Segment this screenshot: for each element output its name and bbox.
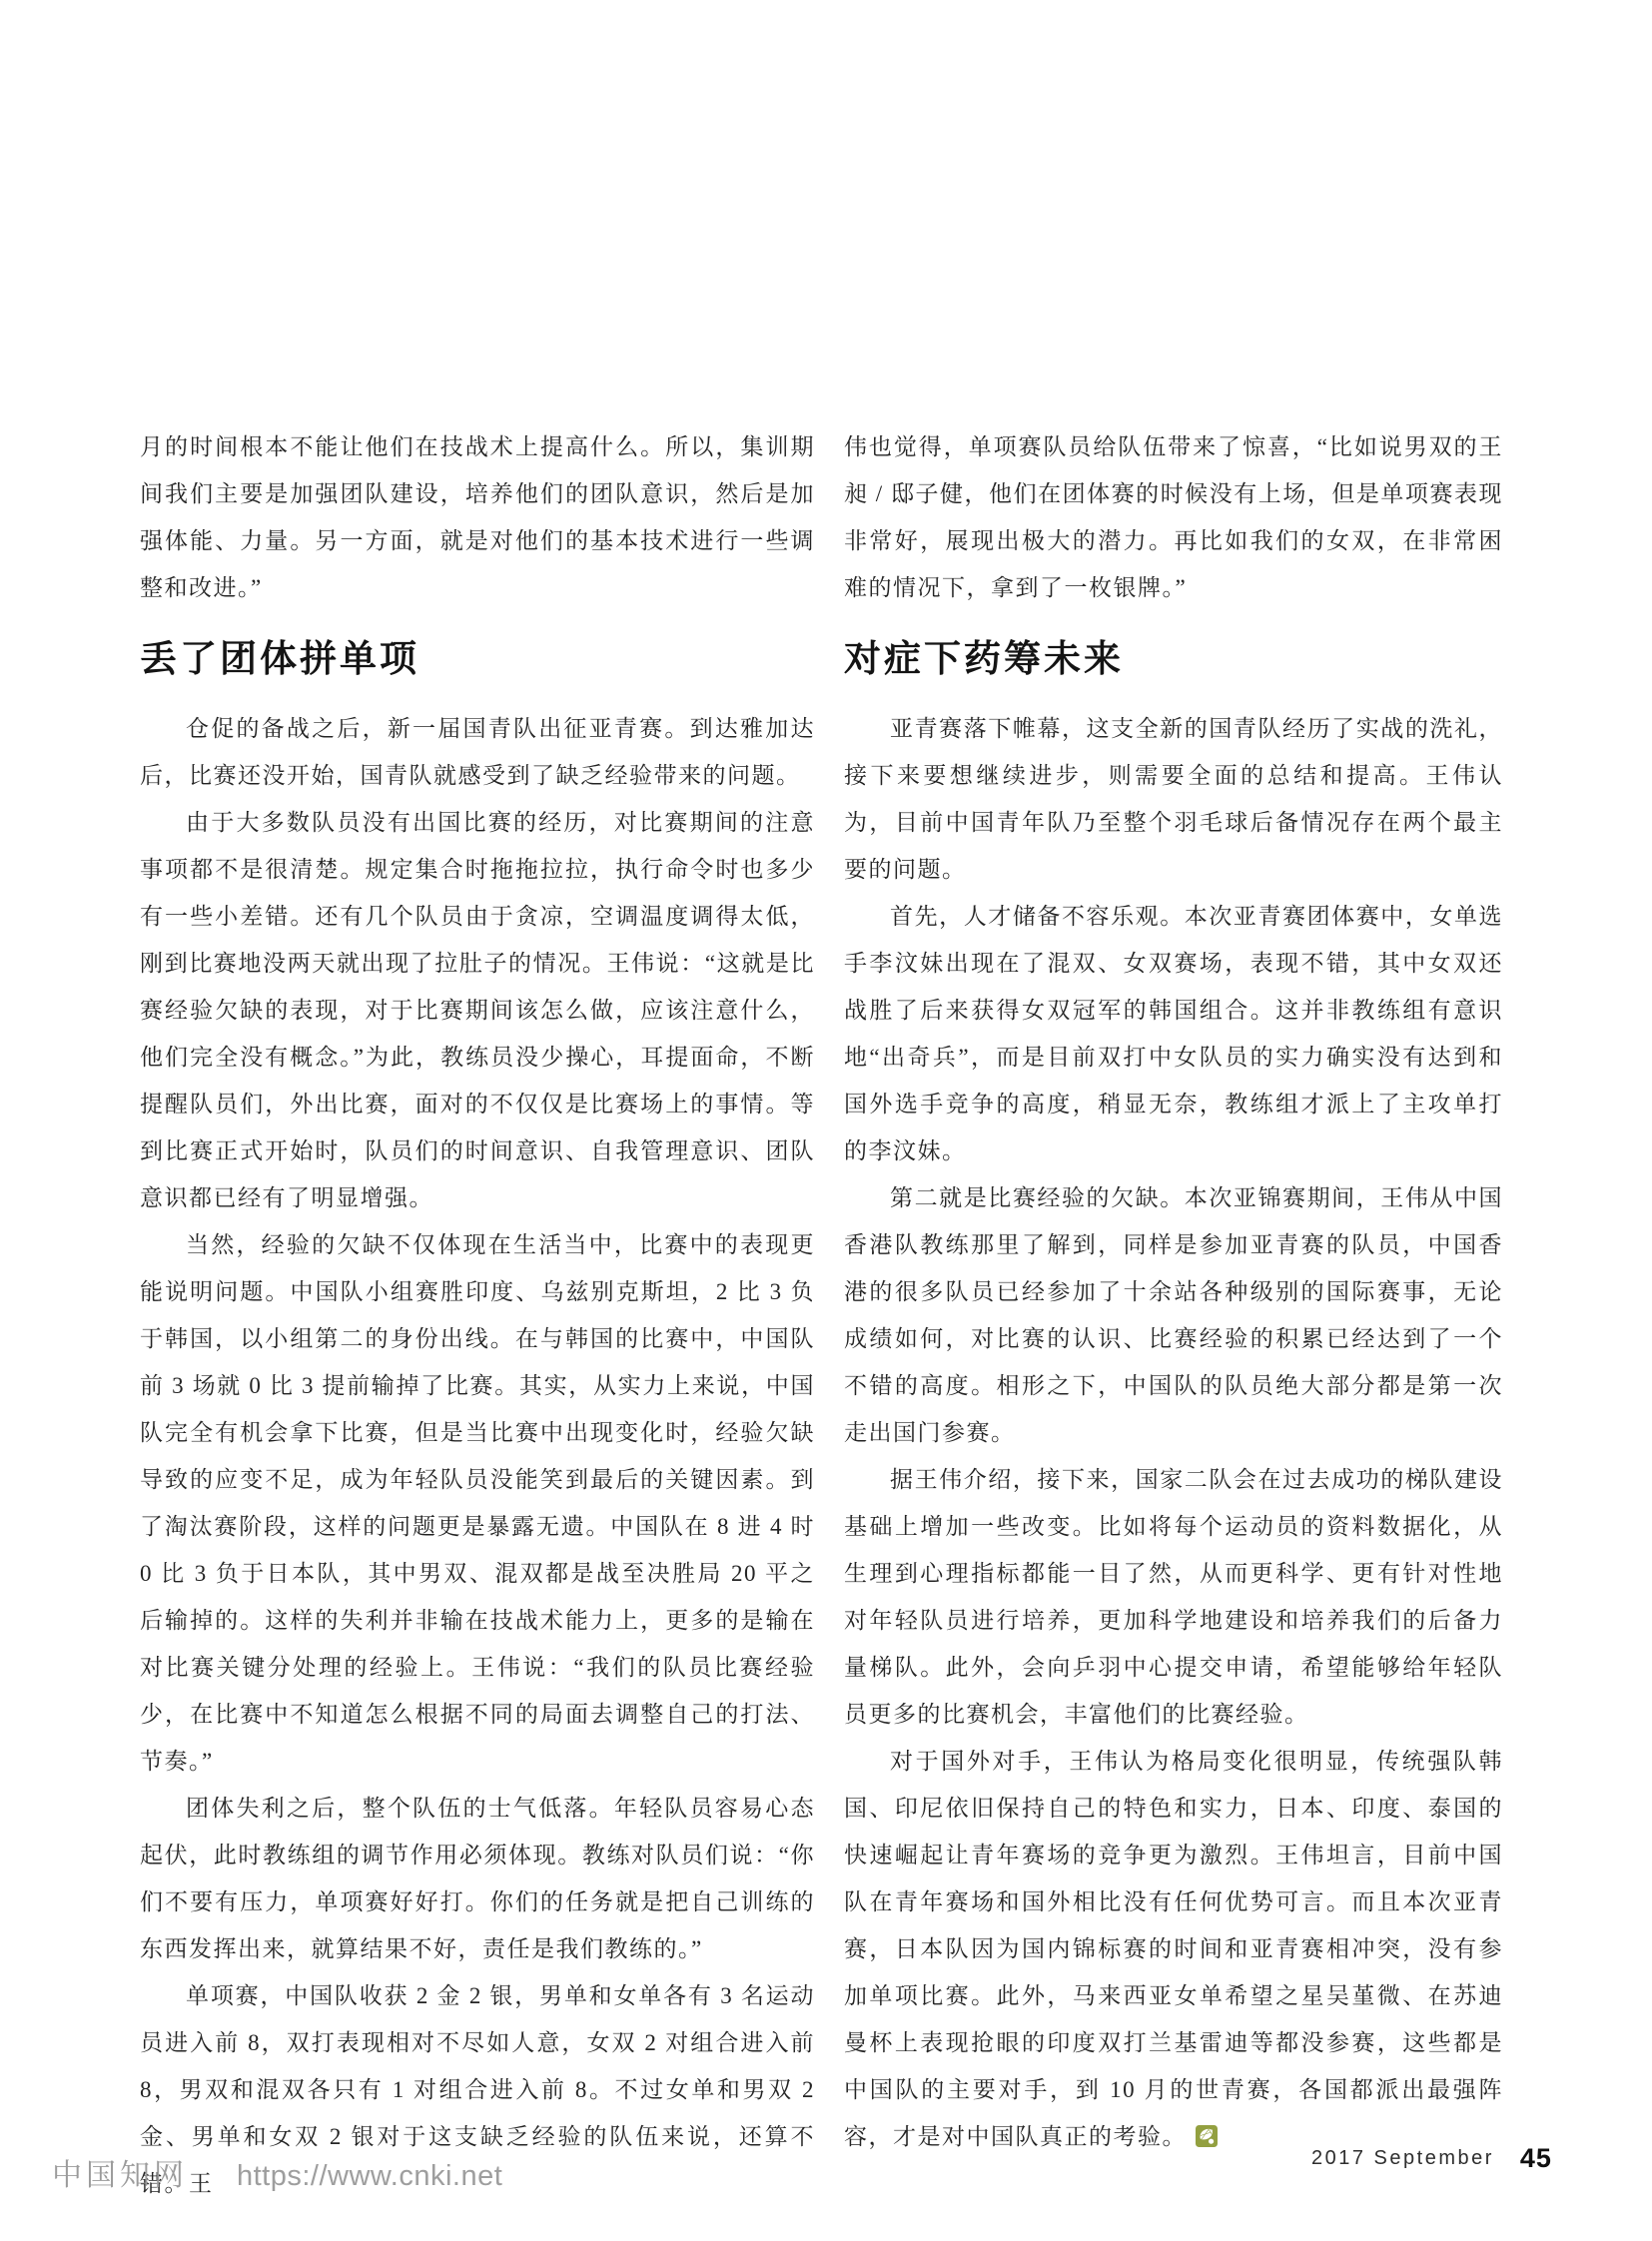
article-paragraph: 伟也觉得，单项赛队员给队伍带来了惊喜，“比如说男双的王昶 / 邸子健，他们在团体…: [844, 423, 1503, 611]
article-paragraph: 对于国外对手，王伟认为格局变化很明显，传统强队韩国、印尼依旧保持自己的特色和实力…: [844, 1738, 1503, 2160]
cnki-watermark: 中国知网 https://www.cnki.net: [52, 2150, 502, 2194]
article-paragraph: 团体失利之后，整个队伍的士气低落。年轻队员容易心态起伏，此时教练组的调节作用必须…: [140, 1785, 815, 1972]
page-footer: 2017 September 45: [1298, 2143, 1522, 2174]
section-heading: 丢了团体拼单项: [140, 611, 815, 705]
article-column-left: 月的时间根本不能让他们在技战术上提高什么。所以，集训期间我们主要是加强团队建设，…: [140, 423, 815, 2207]
article-paragraph: 仓促的备战之后，新一届国青队出征亚青赛。到达雅加达后，比赛还没开始，国青队就感受…: [140, 705, 815, 799]
article-paragraph: 首先，人才储备不容乐观。本次亚青赛团体赛中，女单选手李汶妹出现在了混双、女双赛场…: [844, 893, 1503, 1174]
magazine-page: 月的时间根本不能让他们在技战术上提高什么。所以，集训期间我们主要是加强团队建设，…: [0, 0, 1652, 2241]
article-paragraph: 由于大多数队员没有出国比赛的经历，对比赛期间的注意事项都不是很清楚。规定集合时拖…: [140, 799, 815, 1221]
article-paragraph: 据王伟介绍，接下来，国家二队会在过去成功的梯队建设基础上增加一些改变。比如将每个…: [844, 1456, 1503, 1738]
article-column-right: 伟也觉得，单项赛队员给队伍带来了惊喜，“比如说男双的王昶 / 邸子健，他们在团体…: [844, 423, 1503, 2160]
shuttlecock-icon: [1196, 2125, 1218, 2147]
section-heading: 对症下药筹未来: [844, 611, 1503, 705]
article-paragraph: 亚青赛落下帷幕，这支全新的国青队经历了实战的洗礼，接下来要想继续进步，则需要全面…: [844, 705, 1503, 893]
article-paragraph: 第二就是比赛经验的欠缺。本次亚锦赛期间，王伟从中国香港队教练那里了解到，同样是参…: [844, 1174, 1503, 1456]
cnki-site-name: 中国知网: [52, 2150, 188, 2194]
page-number: 45: [1520, 2143, 1552, 2174]
issue-date: 2017 September: [1311, 2147, 1494, 2170]
article-paragraph: 当然，经验的欠缺不仅体现在生活当中，比赛中的表现更能说明问题。中国队小组赛胜印度…: [140, 1221, 815, 1785]
article-paragraph: 月的时间根本不能让他们在技战术上提高什么。所以，集训期间我们主要是加强团队建设，…: [140, 423, 815, 611]
cnki-site-url: https://www.cnki.net: [237, 2160, 502, 2193]
